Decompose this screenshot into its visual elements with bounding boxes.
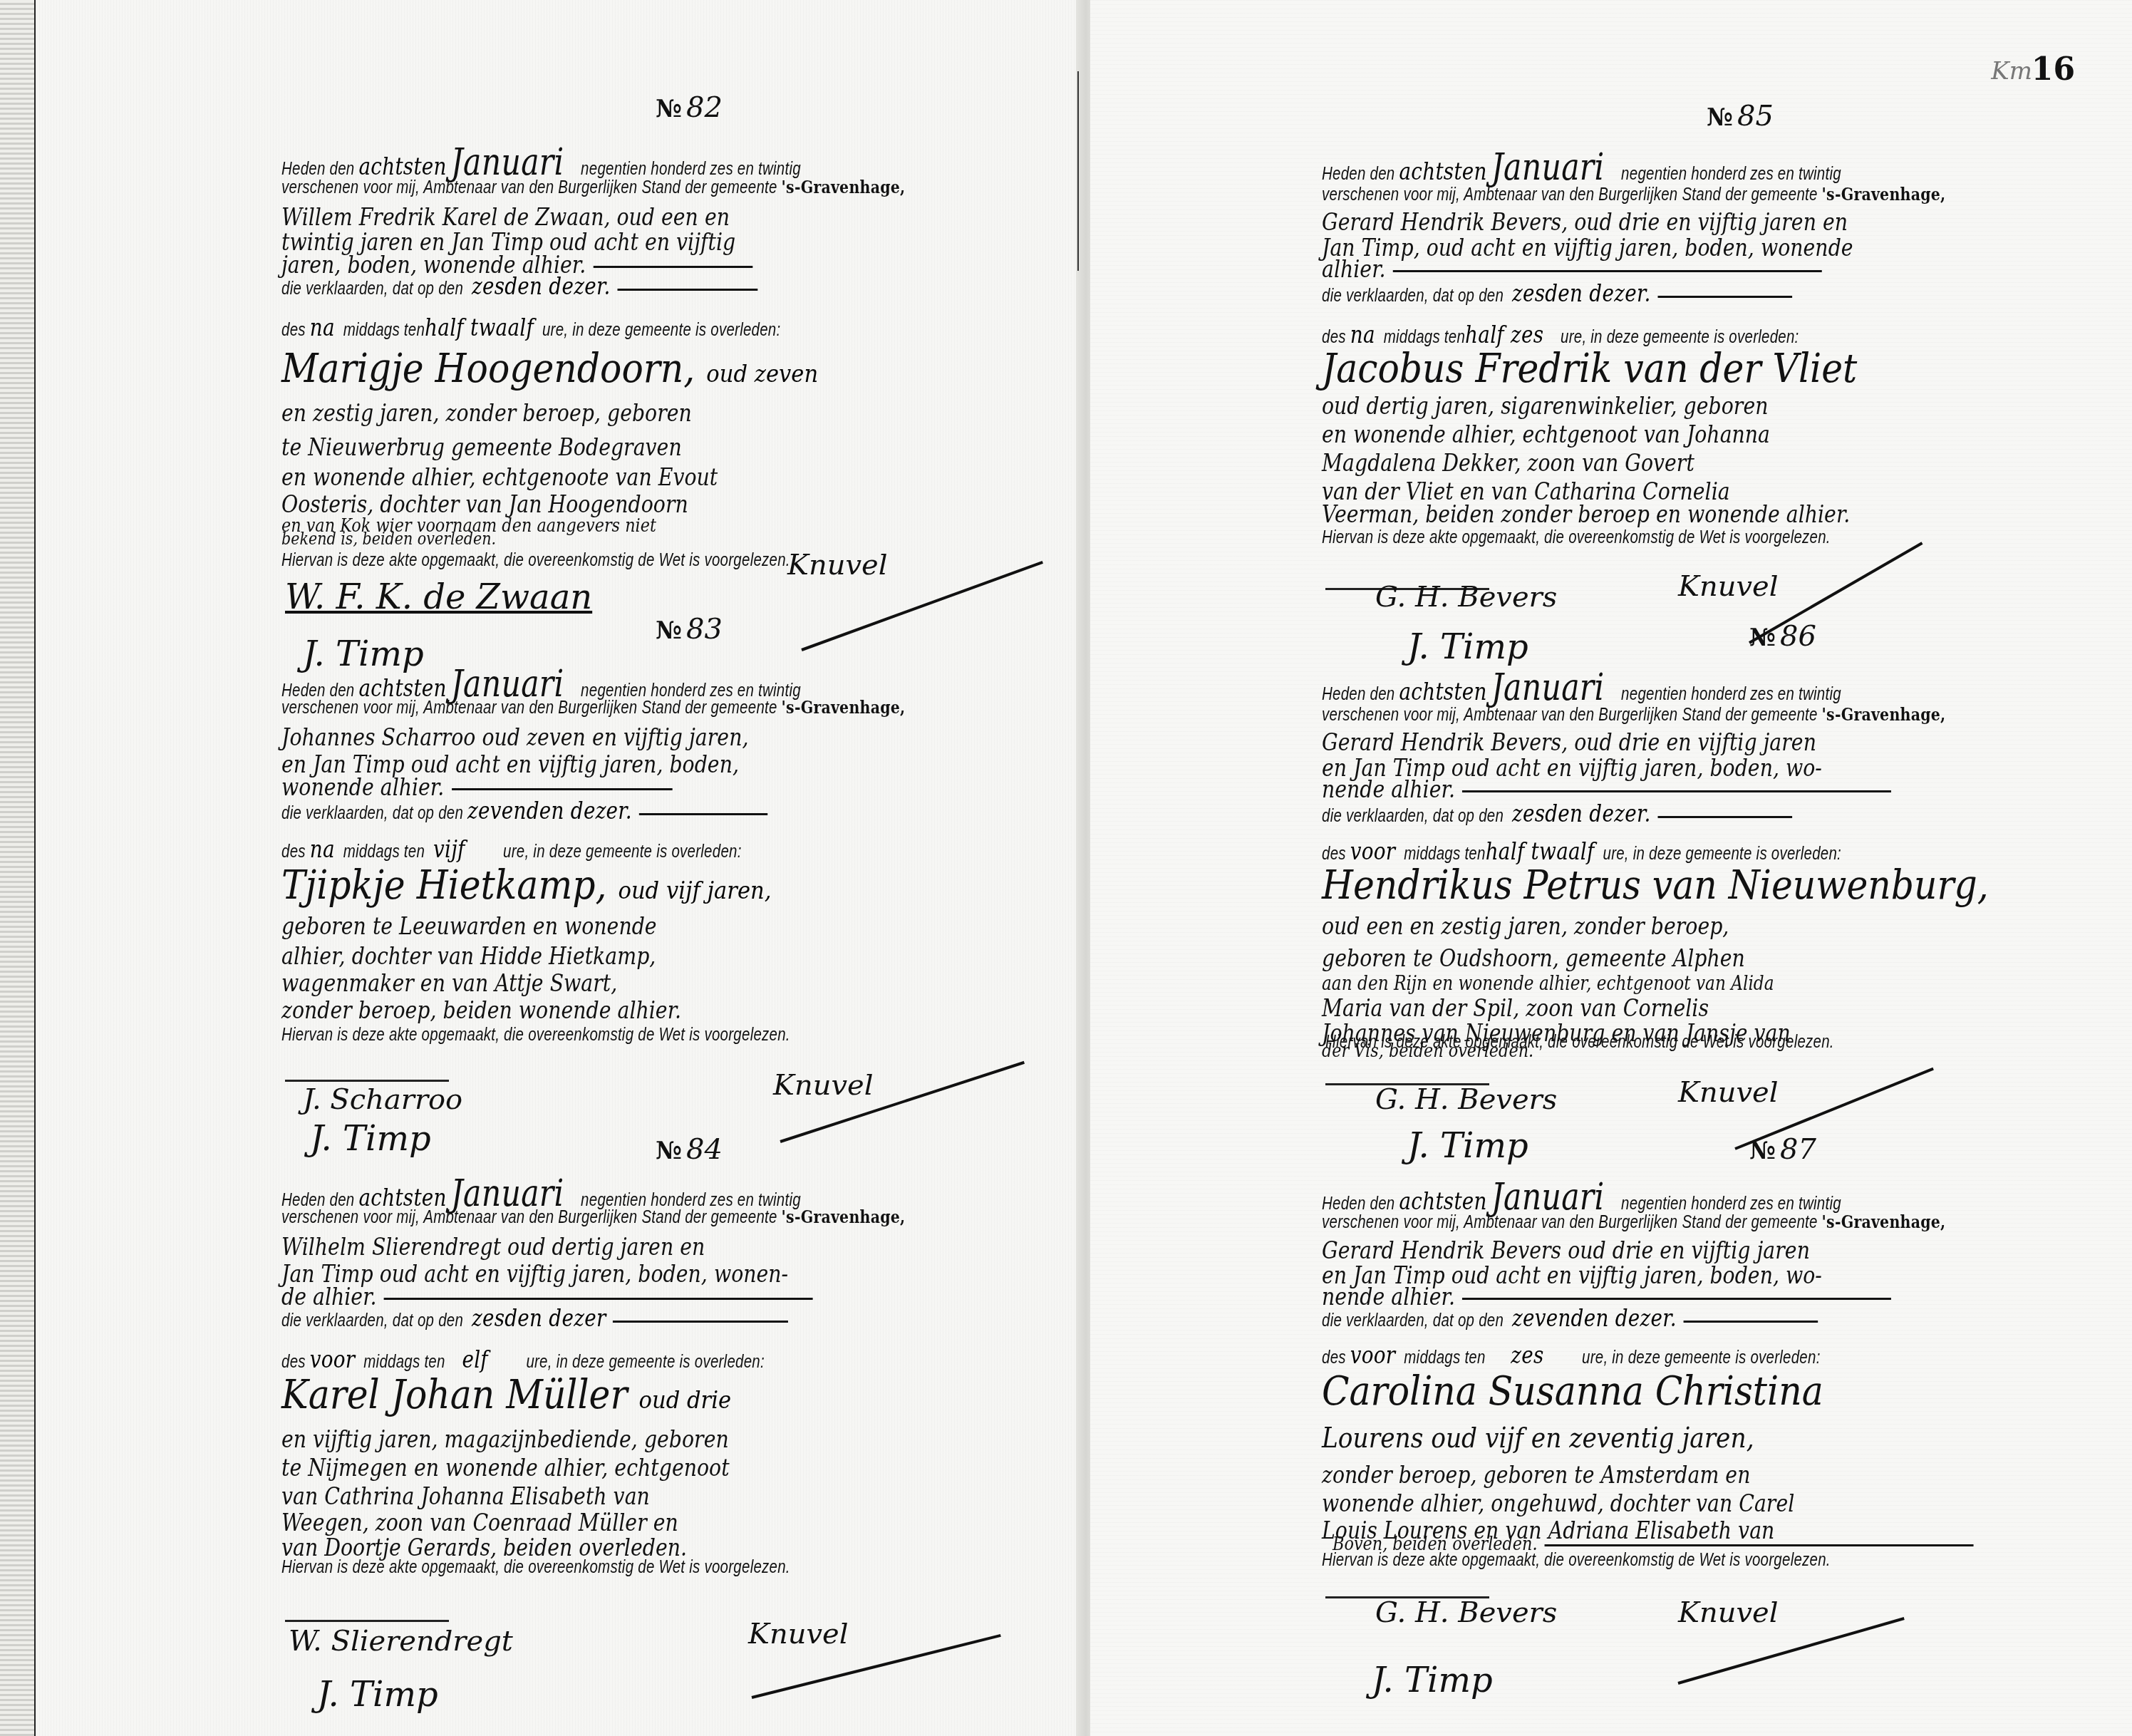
details-line: oud dertig jaren, sigarenwinkelier, gebo… (1322, 392, 1768, 420)
witness-line: Gerard Hendrik Bevers oud drie en vijfti… (1322, 1236, 1810, 1264)
page-annotation: Km (1991, 57, 2032, 86)
official-line: verschenen voor mij, Ambtenaar van den B… (1322, 704, 1946, 725)
death-day-line: die verklaarden, dat op den zevenden dez… (1322, 1304, 1818, 1333)
details-line: Maria van der Spil, zoon van Cornelis (1322, 994, 1709, 1022)
record-86: №86 Heden den achtsten Januari negentien… (1322, 620, 2106, 1119)
closing-line: Hiervan is deze akte opgemaakt, die over… (1325, 1032, 1834, 1053)
details-line: en wonende alhier, echtgenoot van Johann… (1322, 420, 1770, 448)
details-line: zonder beroep, beiden wonende alhier. (281, 996, 681, 1024)
signature-declarant: G. H. Bevers (1375, 581, 1557, 614)
details-line: Magdalena Dekker, zoon van Govert (1322, 449, 1694, 477)
death-day-line: die verklaarden, dat op den zesden dezer (281, 1304, 788, 1333)
witness-line: Gerard Hendrik Bevers, oud drie en vijft… (1322, 728, 1816, 756)
signature-declarant: G. H. Bevers (1375, 1083, 1557, 1116)
details-line: geboren te Oudshoorn, gemeente Alphen (1322, 944, 1745, 972)
date-line: Heden den achtsten Januari negentien hon… (1322, 666, 1841, 709)
hour-line: des voor middags tenhalf twaalf ure, in … (1322, 837, 1841, 866)
signature-official: Knuvel (1678, 1076, 1778, 1109)
details-line: zonder beroep, geboren te Amsterdam en (1322, 1461, 1750, 1489)
record-number: №86 (1749, 620, 1816, 653)
register-spread: №82 Heden den achtsten Januari negentien… (0, 0, 2132, 1736)
record-87: №87 Heden den achtsten Januari negentien… (1322, 1133, 2106, 1703)
signature-declarant: W. Slierendregt (289, 1625, 513, 1658)
deceased-name: Carolina Susanna Christina (1322, 1368, 1823, 1415)
record-85: №85 Heden den achtsten Januari negentien… (1322, 100, 2106, 641)
witness-line: Willem Fredrik Karel de Zwaan, oud een e… (281, 203, 730, 231)
official-line: verschenen voor mij, Ambtenaar van den B… (281, 177, 906, 198)
page-number: 16 (2032, 51, 2075, 88)
death-day-line: die verklaarden, dat op den zesden dezer… (281, 272, 757, 301)
deceased-name: Jacobus Fredrik van der Vliet (1322, 346, 1857, 392)
details-line: van Cathrina Johanna Elisabeth van (281, 1482, 650, 1510)
record-number: №87 (1749, 1133, 1816, 1166)
official-line: verschenen voor mij, Ambtenaar van den B… (281, 697, 906, 718)
date-line: Heden den achtsten Januari negentien hon… (1322, 146, 1841, 189)
record-83: №83 Heden den achtsten Januari negentien… (281, 613, 1065, 1112)
details-line: en vijftig jaren, magazijnbediende, gebo… (281, 1425, 729, 1453)
closing-line: Hiervan is deze akte opgemaakt, die over… (281, 1557, 790, 1578)
deceased-name: Hendrikus Petrus van Nieuwenburg, (1322, 862, 1989, 909)
hour-line: des na middags tenhalf zes ure, in deze … (1322, 321, 1799, 349)
signature-official: Knuvel (787, 549, 887, 582)
death-day-line: die verklaarden, dat op den zesden dezer… (1322, 279, 1792, 308)
official-line: verschenen voor mij, Ambtenaar van den B… (281, 1207, 906, 1228)
details-line: aan den Rijn en wonende alhier, echtgeno… (1322, 973, 1774, 995)
details-line: bekend is, beiden overleden. (281, 529, 496, 549)
signature-official: Knuvel (748, 1618, 848, 1650)
details-line: alhier, dochter van Hidde Hietkamp, (281, 942, 656, 970)
hour-line: des voor middags ten zes ure, in deze ge… (1322, 1341, 1821, 1370)
deceased-name: Marigje Hoogendoorn, oud zeven (281, 346, 818, 392)
signature-declarant: G. H. Bevers (1375, 1596, 1557, 1629)
record-82: №82 Heden den achtsten Januari negentien… (281, 86, 1065, 627)
closing-line: Hiervan is deze akte opgemaakt, die over… (1322, 1550, 1831, 1571)
details-line: Oosteris, dochter van Jan Hoogendoorn (281, 490, 688, 518)
record-84: №84 Heden den achtsten Januari negentien… (281, 1133, 1065, 1703)
deceased-name: Tjipkje Hietkamp, oud vijf jaren, (281, 862, 771, 909)
details-line: Lourens oud vijf en zeventig jaren, (1322, 1422, 1754, 1455)
signature-official: Knuvel (1678, 570, 1778, 603)
record-number: №82 (656, 91, 723, 124)
details-line: Veerman, beiden zonder beroep en wonende… (1322, 500, 1850, 528)
signature-official: Knuvel (773, 1069, 873, 1102)
record-number: №85 (1707, 100, 1774, 133)
hour-line: des voor middags ten elf ure, in deze ge… (281, 1345, 765, 1374)
witness-line: Gerard Hendrik Bevers, oud drie en vijft… (1322, 208, 1848, 236)
left-page: №82 Heden den achtsten Januari negentien… (0, 0, 1083, 1736)
details-line: geboren te Leeuwarden en wonende (281, 912, 657, 940)
right-page: Km 16 №85 Heden den achtsten Januari neg… (1090, 0, 2132, 1736)
closing-line: Hiervan is deze akte opgemaakt, die over… (281, 1025, 790, 1045)
signature-witness: J. Timp (317, 1675, 438, 1715)
details-line: te Nijmegen en wonende alhier, echtgenoo… (281, 1454, 730, 1482)
death-day-line: die verklaarden, dat op den zesden dezer… (1322, 800, 1792, 828)
witness-line: Wilhelm Slierendregt oud dertig jaren en (281, 1233, 705, 1261)
signature-official: Knuvel (1678, 1596, 1778, 1629)
signature-declarant: W. F. K. de Zwaan (285, 577, 592, 617)
death-day-line: die verklaarden, dat op den zevenden dez… (281, 797, 767, 825)
closing-line: Hiervan is deze akte opgemaakt, die over… (1322, 527, 1831, 548)
hour-line: des na middags tenhalf twaalf ure, in de… (281, 314, 780, 342)
details-line: Weegen, zoon van Coenraad Müller en (281, 1509, 678, 1536)
deceased-name: Karel Johan Müller oud drie (281, 1372, 731, 1418)
binding-edge (0, 0, 36, 1736)
details-line: en wonende alhier, echtgenoote van Evout (281, 463, 718, 491)
record-number: №83 (656, 613, 723, 646)
details-line: oud een en zestig jaren, zonder beroep, (1322, 912, 1729, 940)
details-line: en zestig jaren, zonder beroep, geboren (281, 399, 692, 427)
signature-declarant: J. Scharroo (303, 1083, 462, 1116)
signature-witness: J. Timp (1372, 1660, 1493, 1700)
details-line: wagenmaker en van Attje Swart, (281, 969, 617, 997)
signature-rule (285, 1620, 449, 1622)
gutter-mark (1077, 71, 1079, 271)
hour-line: des na middags ten vijf ure, in deze gem… (281, 835, 742, 864)
official-line: verschenen voor mij, Ambtenaar van den B… (1322, 184, 1946, 205)
details-line: wonende alhier, ongehuwd, dochter van Ca… (1322, 1489, 1794, 1517)
details-line: te Nieuwerbrug gemeente Bodegraven (281, 433, 682, 461)
closing-line: Hiervan is deze akte opgemaakt, die over… (281, 550, 790, 571)
official-line: verschenen voor mij, Ambtenaar van den B… (1322, 1211, 1946, 1233)
witness-line: Johannes Scharroo oud zeven en vijftig j… (281, 723, 748, 751)
signature-rule (285, 1080, 449, 1082)
record-number: №84 (656, 1133, 723, 1166)
